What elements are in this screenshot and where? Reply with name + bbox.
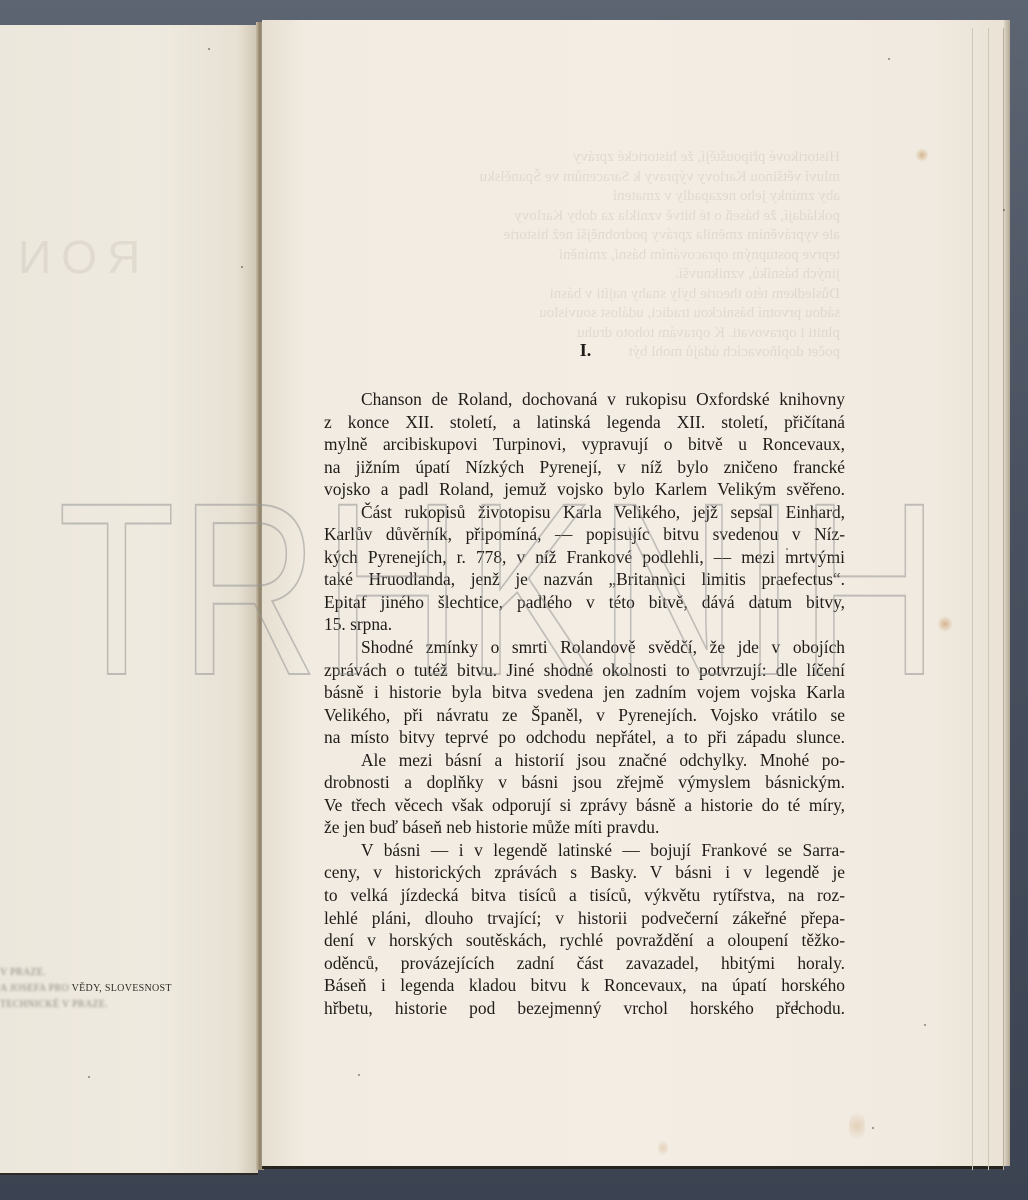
paper-stain [915, 148, 929, 162]
paper-stain [658, 1138, 668, 1158]
paper-stain [938, 615, 952, 633]
right-page-show-through: Historikové připouštějí, že historické z… [320, 148, 840, 363]
paragraph: Shodné zmínky o smrti Rolandově svědčí, … [324, 636, 845, 749]
chapter-body: I. Chanson de Roland, dochovaná v rukopi… [324, 339, 845, 1019]
imprint-line: A JOSEFA PRO VĚDY, SLOVESNOST [0, 981, 172, 997]
left-page: RON V PRAZE. A JOSEFA PRO VĚDY, SLOVESNO… [0, 25, 258, 1175]
page-edge [972, 28, 973, 1170]
left-page-show-through: RON [8, 230, 140, 284]
imprint-line: V PRAZE. [0, 965, 172, 981]
right-page-edge [1004, 20, 1010, 1166]
paragraph: Část rukopisů životopisu Karla Velikého,… [324, 501, 845, 636]
paper-stain [849, 1108, 865, 1144]
chapter-title: I. [324, 339, 845, 361]
paragraph: Ale mezi básní a historií jsou značné od… [324, 749, 845, 839]
paragraph: V básni — i v legendě latinské — bojují … [324, 839, 845, 1019]
page-number: 1 [793, 998, 801, 1015]
imprint-line: TECHNICKÉ V PRAZE. [0, 997, 172, 1013]
page-edge [988, 28, 989, 1170]
publisher-imprint: V PRAZE. A JOSEFA PRO VĚDY, SLOVESNOST T… [0, 965, 172, 1013]
book-scan: RON V PRAZE. A JOSEFA PRO VĚDY, SLOVESNO… [0, 0, 1028, 1200]
paragraph: Chanson de Roland, dochovaná v rukopisu … [324, 388, 845, 501]
